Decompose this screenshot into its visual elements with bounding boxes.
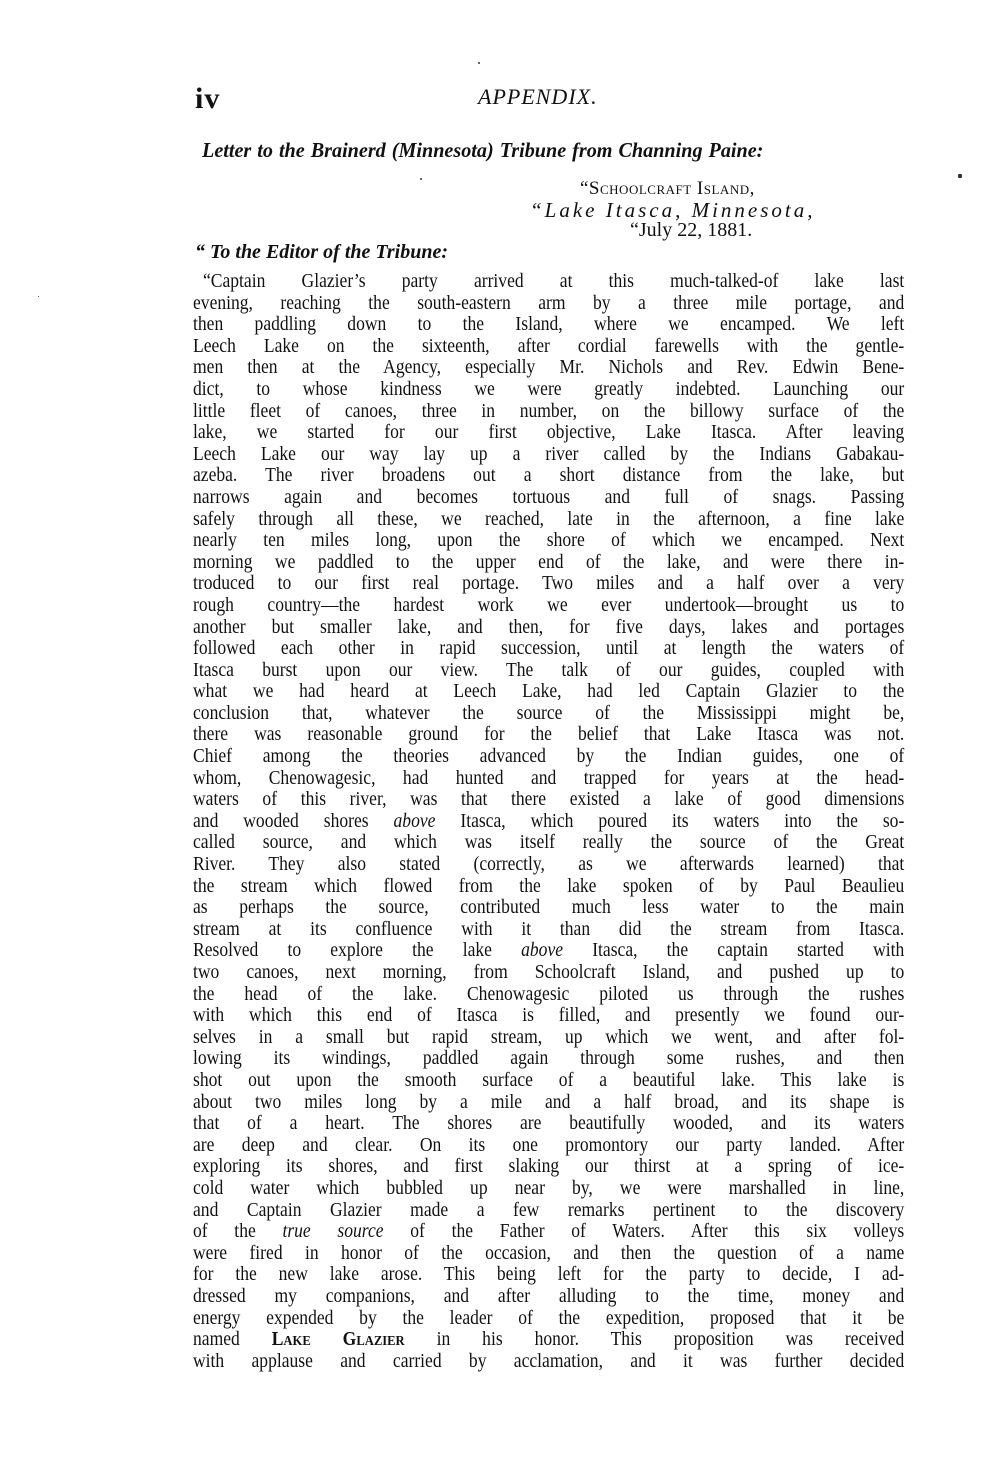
text-line: “Captain Glazier’s party arrived at this… (193, 271, 905, 293)
text-line-content: Resolved to explore the lake above Itasc… (193, 940, 904, 962)
text-run: whom, Chenowagesic, had hunted and trapp… (193, 768, 904, 789)
text-run: the stream which flowed from the lake sp… (193, 876, 904, 897)
text-line: then paddling down to the Island, where … (193, 314, 905, 336)
text-run: two canoes, next morning, from Schoolcra… (193, 962, 904, 983)
salutation: “ To the Editor of the Tribune: (195, 241, 448, 264)
scan-speck (478, 62, 480, 64)
text-run: Leech Lake on the sixteenth, after cordi… (193, 336, 904, 357)
text-line: exploring its shores, and first slaking … (193, 1156, 905, 1178)
text-line-content: shot out upon the smooth surface of a be… (193, 1070, 904, 1092)
text-run: were fired in honor of the occasion, and… (193, 1243, 904, 1264)
text-line: nearly ten miles long, upon the shore of… (193, 530, 905, 552)
text-line: that of a heart. The shores are beautifu… (193, 1113, 905, 1135)
text-line-content: that of a heart. The shores are beautifu… (193, 1113, 904, 1135)
text-run: Itasca, which poured its waters into the… (435, 811, 904, 832)
text-line: followed each other in rapid succession,… (193, 638, 905, 660)
text-line-content: for the new lake arose. This being left … (193, 1264, 904, 1286)
text-line: the head of the lake. Chenowagesic pilot… (193, 984, 905, 1006)
text-line: were fired in honor of the occasion, and… (193, 1243, 905, 1265)
text-run: as perhaps the source, contributed much … (193, 897, 904, 918)
text-line-content: dressed my companions, and after alludin… (193, 1286, 904, 1308)
text-line-content: safely through all these, we reached, la… (193, 509, 904, 531)
text-line: of the true source of the Father of Wate… (193, 1221, 905, 1243)
text-line: cold water which bubbled up near by, we … (193, 1178, 905, 1200)
text-line: troduced to our first real portage. Two … (193, 573, 905, 595)
text-line: as perhaps the source, contributed much … (193, 897, 905, 919)
text-run: “Captain Glazier’s party arrived at this… (203, 271, 904, 292)
text-run: lake, we started for our first objective… (193, 422, 904, 443)
running-head: APPENDIX. (478, 84, 598, 110)
text-line-content: the stream which flowed from the lake sp… (193, 876, 904, 898)
text-line-content: waters of this river, was that there exi… (193, 789, 904, 811)
text-line-content: River. They also stated (correctly, as w… (193, 854, 904, 876)
text-run: lowing its windings, paddled again throu… (193, 1048, 904, 1069)
text-line: dict, to whose kindness we were greatly … (193, 379, 905, 401)
text-line: Leech Lake our way lay up a river called… (193, 444, 905, 466)
text-line: Chief among the theories advanced by the… (193, 746, 905, 768)
text-line: rough country—the hardest work we ever u… (193, 595, 905, 617)
emphasis: above (394, 811, 436, 832)
scan-speck (958, 174, 962, 178)
text-line: men then at the Agency, especially Mr. N… (193, 357, 905, 379)
text-run: and Captain Glazier made a few remarks p… (193, 1200, 904, 1221)
text-run: stream at its confluence with it than di… (193, 919, 904, 940)
text-run: selves in a small but rapid stream, up w… (193, 1027, 904, 1048)
text-line: narrows again and becomes tortuous and f… (193, 487, 905, 509)
text-line: and Captain Glazier made a few remarks p… (193, 1200, 905, 1222)
text-line-content: and Captain Glazier made a few remarks p… (193, 1200, 904, 1222)
text-line-content: are deep and clear. On its one promontor… (193, 1135, 904, 1157)
lake-name: Lake Glazier (272, 1329, 405, 1350)
text-run: with which this end of Itasca is filled,… (193, 1005, 904, 1026)
text-run: of the Father of Waters. After this six … (384, 1221, 905, 1242)
emphasis: true source (282, 1221, 383, 1242)
text-line: evening, reaching the south-eastern arm … (193, 293, 905, 315)
text-run: are deep and clear. On its one promontor… (193, 1135, 904, 1156)
text-line-content: about two miles long by a mile and a hal… (193, 1092, 904, 1114)
text-line: with which this end of Itasca is filled,… (193, 1005, 905, 1027)
text-run: morning we paddled to the upper end of t… (193, 552, 904, 573)
text-line-content: the head of the lake. Chenowagesic pilot… (193, 984, 904, 1006)
text-run: safely through all these, we reached, la… (193, 509, 904, 530)
scan-speck (420, 178, 422, 180)
text-run: waters of this river, was that there exi… (193, 789, 904, 810)
text-line-content: troduced to our first real portage. Two … (193, 573, 904, 595)
text-run: followed each other in rapid succession,… (193, 638, 904, 659)
text-line: the stream which flowed from the lake sp… (193, 876, 905, 898)
text-run: little fleet of canoes, three in number,… (193, 401, 904, 422)
text-run: nearly ten miles long, upon the shore of… (193, 530, 904, 551)
text-line: Itasca burst upon our view. The talk of … (193, 660, 905, 682)
text-line-content: stream at its confluence with it than di… (193, 919, 904, 941)
text-line: about two miles long by a mile and a hal… (193, 1092, 905, 1114)
text-line: with applause and carried by acclamation… (193, 1351, 905, 1373)
text-line-content: what we had heard at Leech Lake, had led… (193, 681, 904, 703)
text-run: another but smaller lake, and then, for … (193, 617, 904, 638)
text-line: energy expended by the leader of the exp… (193, 1308, 905, 1330)
text-line: shot out upon the smooth surface of a be… (193, 1070, 905, 1092)
text-line-content: nearly ten miles long, upon the shore of… (193, 530, 904, 552)
text-line-content: lake, we started for our first objective… (193, 422, 904, 444)
text-run: the head of the lake. Chenowagesic pilot… (193, 984, 904, 1005)
letter-body: “Captain Glazier’s party arrived at this… (193, 271, 905, 1372)
text-line: azeba. The river broadens out a short di… (193, 465, 905, 487)
text-run: then paddling down to the Island, where … (193, 314, 904, 335)
scan-speck (38, 296, 39, 297)
text-run: men then at the Agency, especially Mr. N… (193, 357, 904, 378)
text-run: narrows again and becomes tortuous and f… (193, 487, 904, 508)
text-line-content: morning we paddled to the upper end of t… (193, 552, 904, 574)
text-line-content: exploring its shores, and first slaking … (193, 1156, 904, 1178)
text-line-content: men then at the Agency, especially Mr. N… (193, 357, 904, 379)
text-line: selves in a small but rapid stream, up w… (193, 1027, 905, 1049)
text-line: are deep and clear. On its one promontor… (193, 1135, 905, 1157)
text-line: safely through all these, we reached, la… (193, 509, 905, 531)
text-line-content: followed each other in rapid succession,… (193, 638, 904, 660)
text-line-content: narrows again and becomes tortuous and f… (193, 487, 904, 509)
text-line-content: then paddling down to the Island, where … (193, 314, 904, 336)
text-run: Resolved to explore the lake (193, 940, 521, 961)
text-line-content: as perhaps the source, contributed much … (193, 897, 904, 919)
text-line: Leech Lake on the sixteenth, after cordi… (193, 336, 905, 358)
text-line: what we had heard at Leech Lake, had led… (193, 681, 905, 703)
text-run: called source, and which was itself real… (193, 832, 904, 853)
text-line: Resolved to explore the lake above Itasc… (193, 940, 905, 962)
text-run: cold water which bubbled up near by, we … (193, 1178, 904, 1199)
text-line: another but smaller lake, and then, for … (193, 617, 905, 639)
emphasis: above (521, 940, 563, 961)
text-line-content: “Captain Glazier’s party arrived at this… (203, 271, 904, 293)
dateline-date: “July 22, 1881. (630, 219, 752, 242)
text-line-content: of the true source of the Father of Wate… (193, 1221, 904, 1243)
text-line-content: with applause and carried by acclamation… (193, 1351, 904, 1373)
text-run: and wooded shores (193, 811, 394, 832)
text-run: for the new lake arose. This being left … (193, 1264, 904, 1285)
text-run: in his honor. This proposition was recei… (405, 1329, 905, 1350)
text-line-content: azeba. The river broadens out a short di… (193, 465, 904, 487)
text-run: evening, reaching the south-eastern arm … (193, 293, 904, 314)
text-line-content: called source, and which was itself real… (193, 832, 904, 854)
text-line-content: Itasca burst upon our view. The talk of … (193, 660, 904, 682)
text-line: for the new lake arose. This being left … (193, 1264, 905, 1286)
text-run: with applause and carried by acclamation… (193, 1351, 904, 1372)
text-run: of the (193, 1221, 282, 1242)
text-run: conclusion that, whatever the source of … (193, 703, 904, 724)
text-run: Chief among the theories advanced by the… (193, 746, 904, 767)
text-line: River. They also stated (correctly, as w… (193, 854, 905, 876)
text-line: two canoes, next morning, from Schoolcra… (193, 962, 905, 984)
text-run: troduced to our first real portage. Two … (193, 573, 904, 594)
text-line-content: there was reasonable ground for the beli… (193, 724, 904, 746)
text-line: named Lake Glazier in his honor. This pr… (193, 1329, 905, 1351)
text-run: shot out upon the smooth surface of a be… (193, 1070, 904, 1091)
text-run: azeba. The river broadens out a short di… (193, 465, 904, 486)
text-line-content: cold water which bubbled up near by, we … (193, 1178, 904, 1200)
text-line: conclusion that, whatever the source of … (193, 703, 905, 725)
text-line-content: little fleet of canoes, three in number,… (193, 401, 904, 423)
text-run: named (193, 1329, 272, 1350)
text-line: lake, we started for our first objective… (193, 422, 905, 444)
text-run: River. They also stated (correctly, as w… (193, 854, 904, 875)
text-line: lowing its windings, paddled again throu… (193, 1048, 905, 1070)
text-line-content: conclusion that, whatever the source of … (193, 703, 904, 725)
dateline-place-1: “Schoolcraft Island, (580, 178, 755, 200)
text-line: there was reasonable ground for the beli… (193, 724, 905, 746)
text-line-content: evening, reaching the south-eastern arm … (193, 293, 904, 315)
text-line: waters of this river, was that there exi… (193, 789, 905, 811)
text-line: little fleet of canoes, three in number,… (193, 401, 905, 423)
text-run: that of a heart. The shores are beautifu… (193, 1113, 904, 1134)
text-run: Itasca burst upon our view. The talk of … (193, 660, 904, 681)
text-line-content: with which this end of Itasca is filled,… (193, 1005, 904, 1027)
text-line-content: lowing its windings, paddled again throu… (193, 1048, 904, 1070)
text-line: morning we paddled to the upper end of t… (193, 552, 905, 574)
letter-caption: Letter to the Brainerd (Minnesota) Tribu… (202, 138, 763, 163)
text-run: what we had heard at Leech Lake, had led… (193, 681, 904, 702)
text-line-content: were fired in honor of the occasion, and… (193, 1243, 904, 1265)
text-line-content: Leech Lake our way lay up a river called… (193, 444, 904, 466)
text-line-content: whom, Chenowagesic, had hunted and trapp… (193, 768, 904, 790)
text-line-content: two canoes, next morning, from Schoolcra… (193, 962, 904, 984)
text-line-content: rough country—the hardest work we ever u… (193, 595, 904, 617)
text-line-content: dict, to whose kindness we were greatly … (193, 379, 904, 401)
page-number: iv (195, 82, 220, 116)
text-run: dict, to whose kindness we were greatly … (193, 379, 904, 400)
text-line-content: Chief among the theories advanced by the… (193, 746, 904, 768)
text-run: Itasca, the captain started with (563, 940, 904, 961)
text-run: rough country—the hardest work we ever u… (193, 595, 904, 616)
text-line: dressed my companions, and after alludin… (193, 1286, 905, 1308)
text-run: exploring its shores, and first slaking … (193, 1156, 904, 1177)
text-run: about two miles long by a mile and a hal… (193, 1092, 904, 1113)
text-line: called source, and which was itself real… (193, 832, 905, 854)
text-run: there was reasonable ground for the beli… (193, 724, 904, 745)
text-line: and wooded shores above Itasca, which po… (193, 811, 905, 833)
text-line-content: named Lake Glazier in his honor. This pr… (193, 1329, 904, 1351)
text-line-content: and wooded shores above Itasca, which po… (193, 811, 904, 833)
text-line-content: energy expended by the leader of the exp… (193, 1308, 904, 1330)
text-line-content: Leech Lake on the sixteenth, after cordi… (193, 336, 904, 358)
text-line: stream at its confluence with it than di… (193, 919, 905, 941)
text-run: energy expended by the leader of the exp… (193, 1308, 904, 1329)
text-line: whom, Chenowagesic, had hunted and trapp… (193, 768, 905, 790)
text-line-content: another but smaller lake, and then, for … (193, 617, 904, 639)
text-run: dressed my companions, and after alludin… (193, 1286, 904, 1307)
text-run: Leech Lake our way lay up a river called… (193, 444, 904, 465)
text-line-content: selves in a small but rapid stream, up w… (193, 1027, 904, 1049)
